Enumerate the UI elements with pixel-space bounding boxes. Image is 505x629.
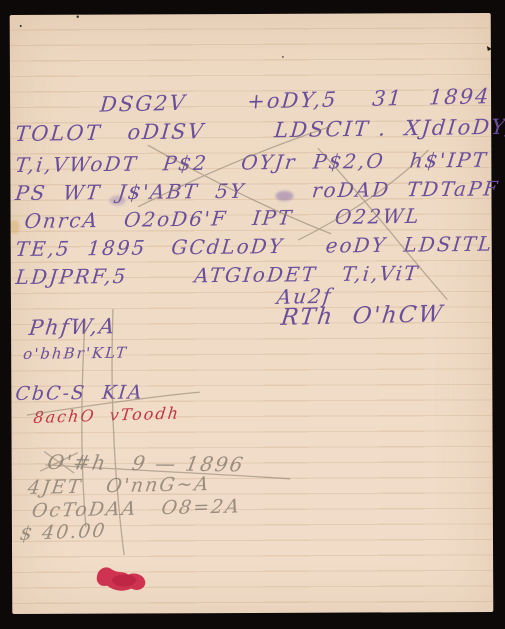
handwriting-line: DSG2V +oDY,5 31 1894 <box>99 86 491 116</box>
pencil-line: O'#h 9 — 1896 <box>46 452 246 475</box>
handwriting-line: TE,5 1895 GCdLoDY eoDY LDSITL <box>15 234 494 259</box>
handwriting-line: PS WT J$'ABT 5Y roDAD TDTaPF <box>14 178 500 203</box>
pencil-line: $ 40.00 <box>19 522 108 545</box>
photo-background: DSG2V +oDY,5 31 1894 TOLOT oDISV LDSCIT … <box>0 0 505 629</box>
letter-paper: DSG2V +oDY,5 31 1894 TOLOT oDISV LDSCIT … <box>10 13 494 614</box>
handwriting-line: OnrcA O2oD6'F IPT O22WL <box>23 206 421 231</box>
handwriting-line: PhfW,A <box>28 316 118 339</box>
pencil-line: OcToDAA O8=2A <box>31 497 243 521</box>
handwriting-line: T,i,VWoDT P$2 OYJr P$2,O h$'IPT <box>14 150 489 175</box>
handwriting-line: LDJPRF,5 ATGIoDET T,i,ViT <box>15 263 420 287</box>
handwriting-signature: RTh O'hCW <box>280 303 446 330</box>
red-ink-stain <box>97 567 146 591</box>
pencil-line: 4JET O'nnG~A <box>26 475 211 498</box>
handwriting-line-red-ink: 8achO vToodh <box>33 405 181 426</box>
paper-specks <box>20 14 492 59</box>
handwriting-line: TOLOT oDISV LDSCIT . XJdIoDY,GF <box>14 116 505 145</box>
handwriting-line: CbC-S KIA <box>14 383 144 404</box>
handwriting-line: o'bhBr'KLT <box>22 346 128 362</box>
